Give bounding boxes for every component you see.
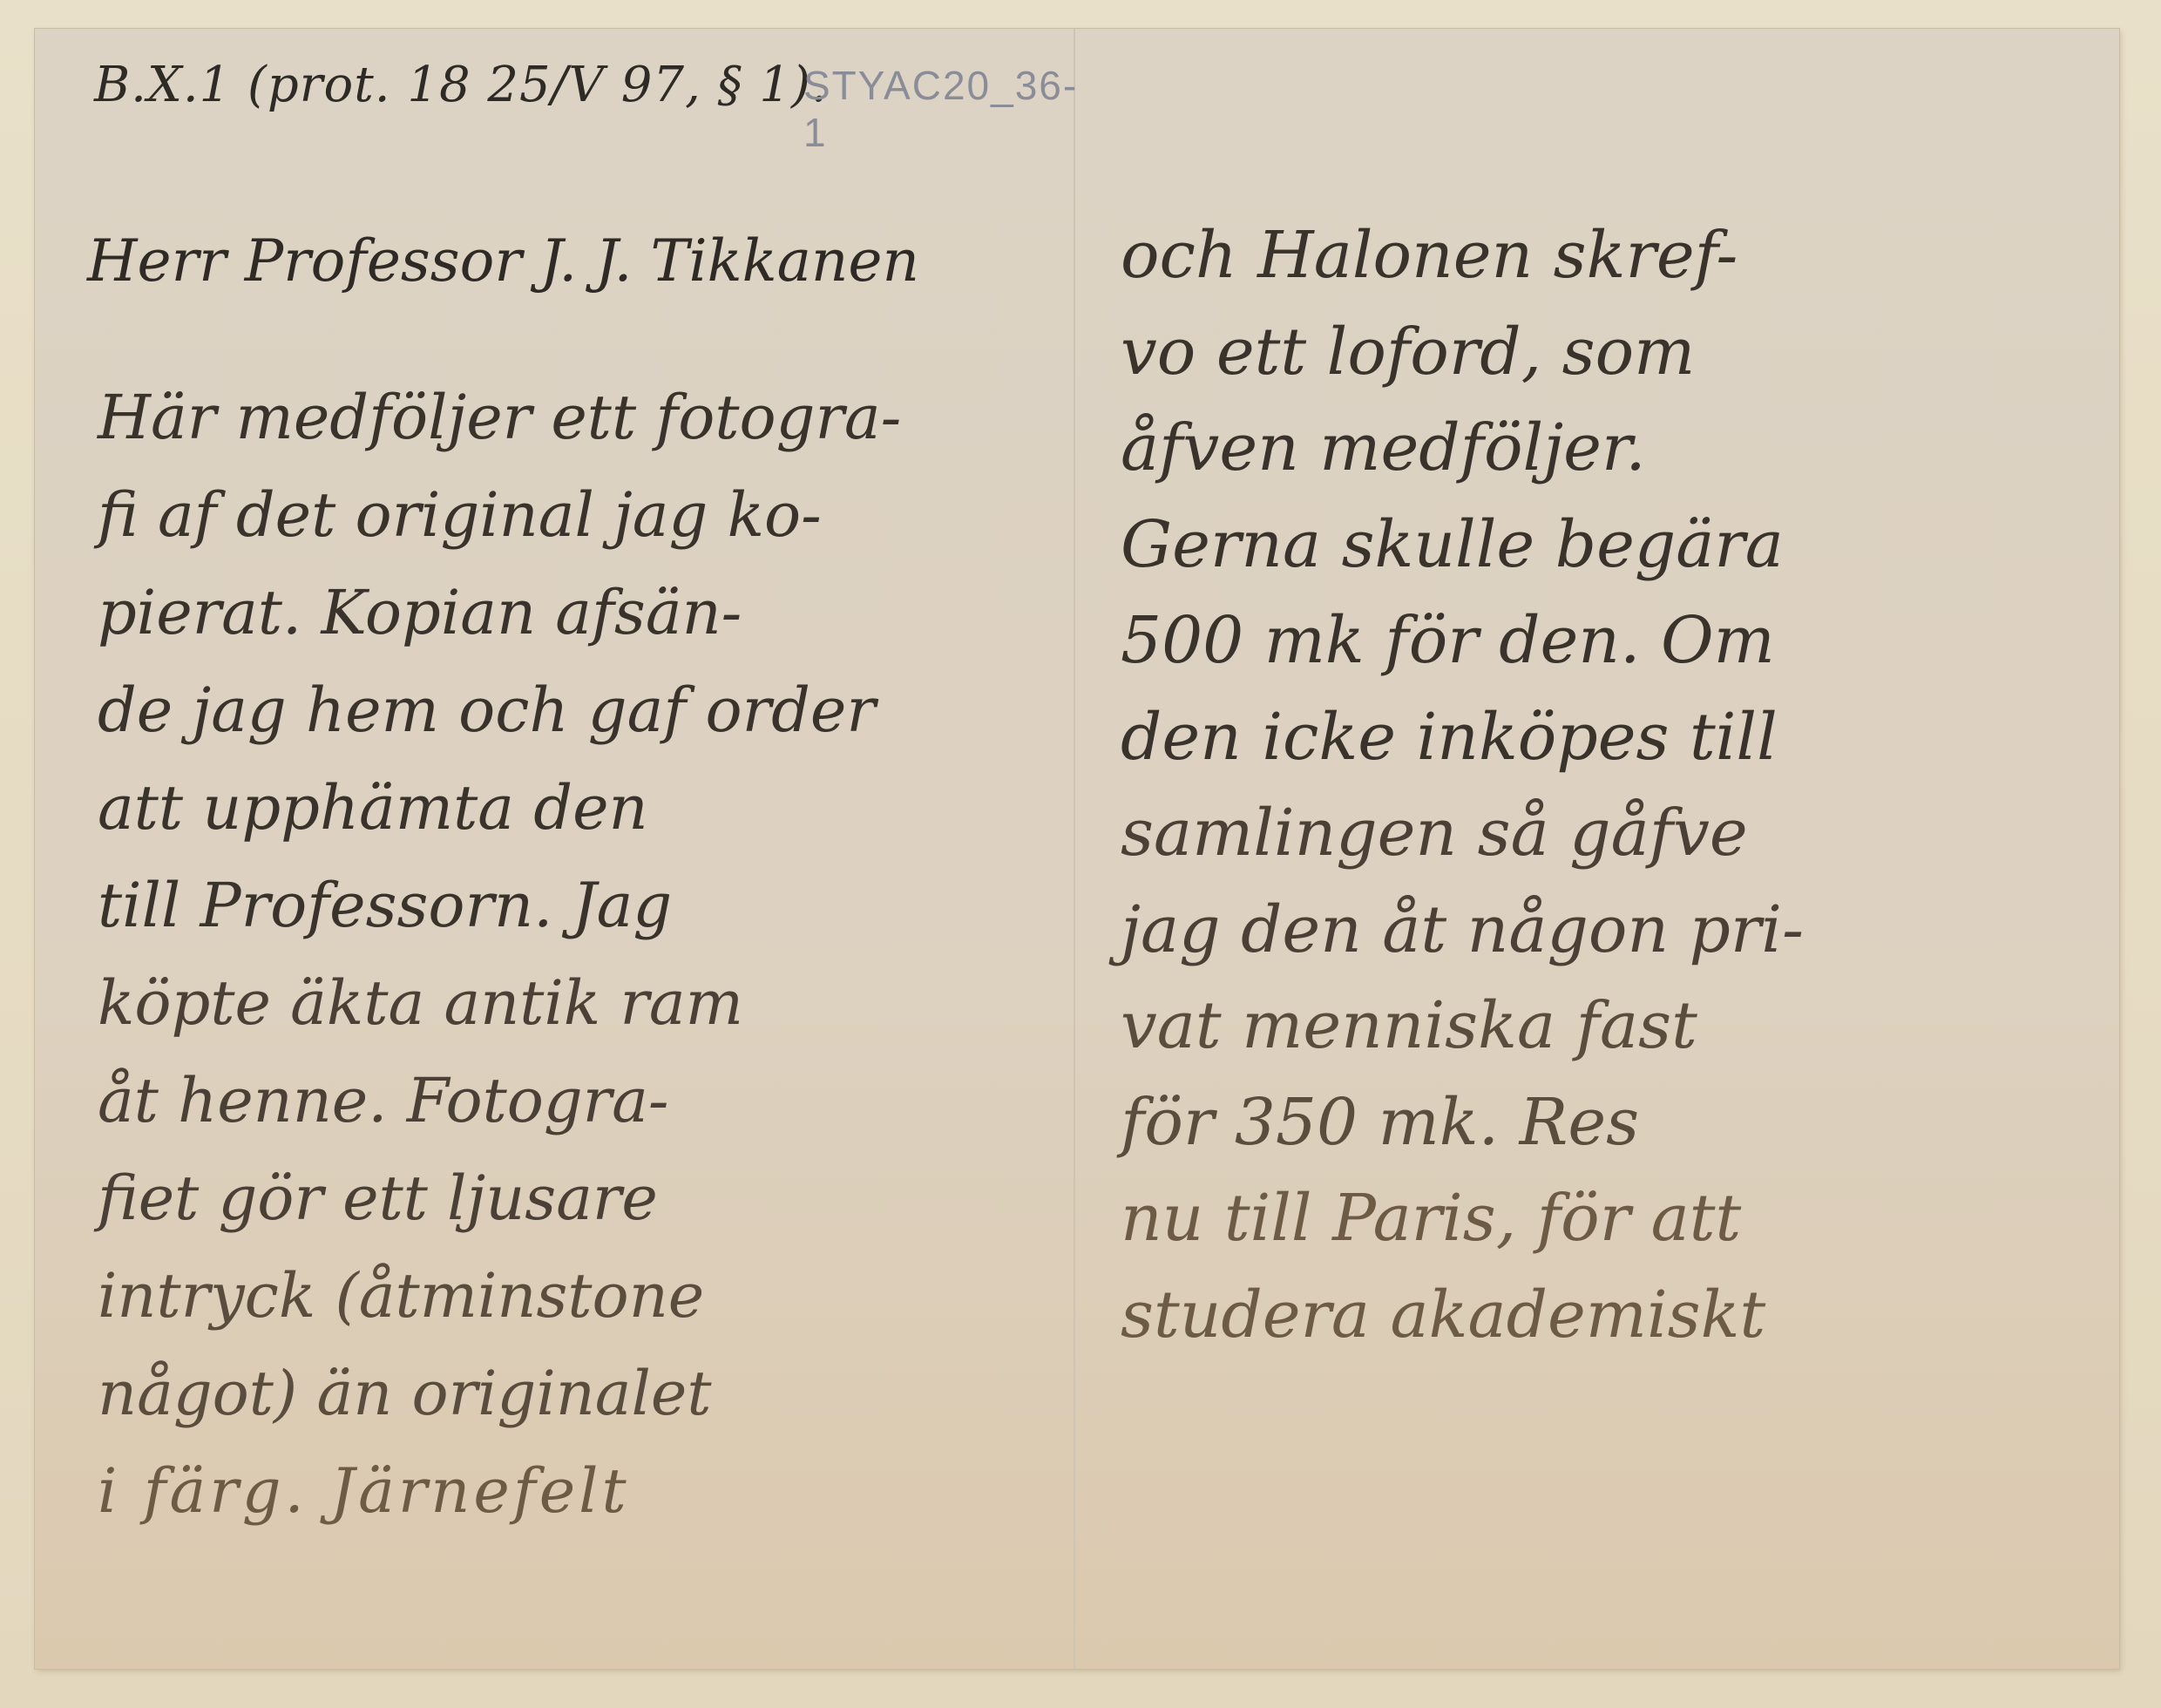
archive-id-pencil-note: STYAC20_36-1	[803, 62, 1078, 156]
letter-line: fi af det original jag ko-	[98, 466, 901, 564]
letter-line: den icke inköpes till	[1121, 689, 1804, 786]
right-page-body: och Halonen skref- vo ett loford, som åf…	[1121, 207, 1804, 1363]
letter-line: studera akademiskt	[1121, 1267, 1804, 1364]
letter-line: intryck (åtminstone	[98, 1247, 901, 1345]
letter-line: samlingen så gåfve	[1121, 785, 1804, 882]
catalog-mark: B.X.1 (prot. 18 25/V 97, § 1).	[94, 57, 828, 113]
letter-line: att upphämta den	[98, 759, 901, 857]
letter-sheet: B.X.1 (prot. 18 25/V 97, § 1). STYAC20_3…	[35, 29, 2119, 1669]
letter-line: vat menniska fast	[1121, 978, 1804, 1074]
letter-line: åfven medföljer.	[1121, 400, 1804, 497]
letter-line-signature: i färg. Järnefelt	[98, 1442, 901, 1540]
right-page: och Halonen skref- vo ett loford, som åf…	[1075, 29, 2119, 1669]
letter-line: de jag hem och gaf order	[98, 661, 901, 759]
letter-line: och Halonen skref-	[1121, 207, 1804, 304]
letter-line: fiet gör ett ljusare	[98, 1149, 901, 1247]
letter-line: Här medföljer ett fotogra-	[98, 369, 901, 466]
salutation: Herr Professor J. J. Tikkanen	[87, 227, 919, 295]
letter-line: vo ett loford, som	[1121, 304, 1804, 401]
left-page-body: Här medföljer ett fotogra- fi af det ori…	[98, 369, 901, 1540]
letter-line: jag den åt någon pri-	[1121, 882, 1804, 979]
letter-line: 500 mk för den. Om	[1121, 593, 1804, 689]
letter-line: till Professorn. Jag	[98, 857, 901, 954]
left-page: B.X.1 (prot. 18 25/V 97, § 1). STYAC20_3…	[35, 29, 1074, 1669]
letter-line: något) än originalet	[98, 1345, 901, 1442]
letter-line: för 350 mk. Res	[1121, 1074, 1804, 1171]
letter-line: Gerna skulle begära	[1121, 497, 1804, 593]
letter-line: åt henne. Fotogra-	[98, 1052, 901, 1149]
letter-line: pierat. Kopian afsän-	[98, 564, 901, 661]
letter-line: nu till Paris, för att	[1121, 1170, 1804, 1267]
letter-line: köpte äkta antik ram	[98, 954, 901, 1052]
